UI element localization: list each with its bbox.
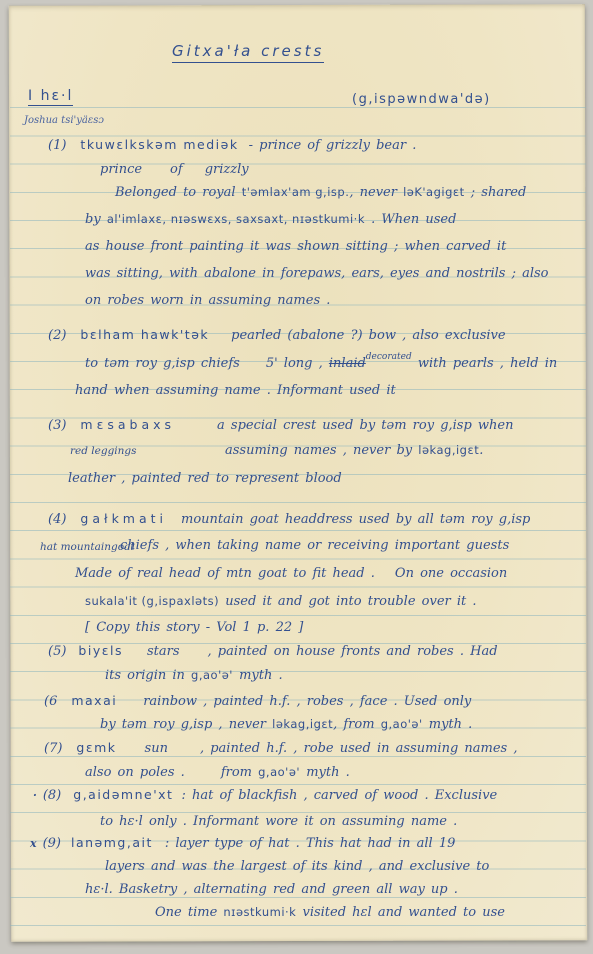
text-segment: nɪəstkumi·k <box>223 905 296 919</box>
entry-9-body-line-2: hɛ·l. Basketry , alternating red and gre… <box>85 879 458 899</box>
text-segment: tkuwɛlkskəm mediək <box>80 137 238 152</box>
entry-1-gloss-line: princeofgrizzly <box>100 159 249 179</box>
text-segment: with pearls , held in <box>412 356 558 371</box>
text-segment: a special crest used by təm roy g,isp wh… <box>217 418 513 433</box>
text-segment: myth . <box>423 717 473 732</box>
text-segment: assuming names , never by <box>225 443 418 458</box>
text-segment: On one occasion <box>395 566 507 581</box>
entry-1-body-line-4: was sitting, with abalone in forepaws, e… <box>85 263 549 283</box>
entry-2-headword-line: (2)bɛlham hawk'təkpearled (abalone ?) bo… <box>48 325 506 345</box>
entry-5-headword-line: (5)biyɛlsstars, painted on house fronts … <box>48 641 498 661</box>
text-segment: , from <box>333 717 381 732</box>
text-segment: on robes worn in assuming names . <box>85 293 330 308</box>
entry-3-body-line-2: leather , painted red to represent blood <box>68 468 342 488</box>
text-segment: lanəmg,ait <box>71 835 153 850</box>
entry-8-body-line-1: to hɛ·l only . Informant wore it on assu… <box>100 811 457 831</box>
text-segment: hand when assuming name . Informant used… <box>75 383 396 398</box>
text-segment: g,ao'ə' <box>258 765 300 779</box>
text-segment: (2) <box>48 328 66 343</box>
entry-1-body-line-3: as house front painting it was shown sit… <box>85 236 506 256</box>
text-segment: its origin in <box>105 668 191 683</box>
text-segment: (7) <box>44 741 62 756</box>
text-segment: 5' long , <box>266 356 329 371</box>
text-segment: rainbow , painted h.f. , robes , face . … <box>143 694 471 709</box>
text-segment: x <box>30 837 37 850</box>
text-segment: myth . <box>233 668 283 683</box>
text-segment: (8) <box>43 788 61 803</box>
text-segment: - prince of grizzly bear . <box>249 138 417 153</box>
text-segment: sun <box>145 741 168 756</box>
text-segment: myth . <box>300 765 350 780</box>
entry-5-body-line-1: its origin in g,ao'ə' myth . <box>105 665 283 685</box>
text-segment: , painted h.f. , robe used in assuming n… <box>200 741 518 756</box>
text-segment: red leggings <box>70 445 137 457</box>
text-segment: was sitting, with abalone in forepaws, e… <box>85 266 549 281</box>
text-segment: . <box>479 443 483 458</box>
text-segment: grizzly <box>205 162 249 177</box>
entry-7-body-line-1: also on poles .from g,ao'ə' myth . <box>85 762 350 782</box>
text-segment: Belonged to royal <box>115 185 242 200</box>
text-segment: ; shared <box>465 185 527 200</box>
text-segment: . When used <box>365 212 456 227</box>
text-segment: g,ao'ə' <box>381 717 423 731</box>
section-heading-hel: I hɛ·l <box>28 88 73 106</box>
text-segment: gałkmati <box>80 511 167 526</box>
text-segment: (5) <box>48 644 66 659</box>
text-segment: [ Copy this story - Vol 1 p. 22 ] <box>85 620 303 635</box>
text-segment: mountain goat headdress used by all təm … <box>181 512 530 527</box>
entry-4-body-line-1: chiefs , when taking name or receiving i… <box>120 535 509 555</box>
informant-annotation: Joshua tsi'yäɛsɔ <box>24 115 104 126</box>
text-segment: stars <box>147 644 180 659</box>
text-layer: Gitxa'ła crests I hɛ·l (g,ispəwndwa'də) … <box>0 0 593 954</box>
text-segment: by təm roy g,isp , never <box>100 717 272 732</box>
entry-1-body-line-5: on robes worn in assuming names . <box>85 290 330 310</box>
text-segment: bɛlham hawk'tək <box>80 327 209 342</box>
entry-2-body-line-2: hand when assuming name . Informant used… <box>75 380 396 400</box>
entry-6-headword-line: (6maxairainbow , painted h.f. , robes , … <box>44 691 471 711</box>
entry-4-note-line: [ Copy this story - Vol 1 p. 22 ] <box>85 617 303 637</box>
text-segment: pearled (abalone ?) bow , also exclusive <box>231 328 505 343</box>
text-segment: sukala'it (g,ispaxləts) <box>85 594 219 608</box>
entry-6-body-line-1: by təm roy g,isp , never ləkag,igɛt, fro… <box>100 714 472 734</box>
text-segment: (3) <box>48 418 66 433</box>
text-segment: t'əmlax'am g,isp. <box>242 185 350 199</box>
text-segment: visited hɛl and wanted to use <box>296 905 505 920</box>
entry-9-headword-line: x(9)lanəmg,ait: layer type of hat . This… <box>30 833 455 853</box>
text-segment: by <box>85 212 107 227</box>
entry-8-headword-line: ·(8)g,aidəmne'xt: hat of blackfish , car… <box>33 785 497 805</box>
entry-9-body-line-3: One time nɪəstkumi·k visited hɛl and wan… <box>155 902 505 922</box>
text-segment: : hat of blackfish , carved of wood . Ex… <box>181 788 497 803</box>
entry-3-gloss-line: red leggings <box>70 440 137 460</box>
text-segment: mɛsabaxs <box>80 417 175 432</box>
text-segment: , never <box>349 185 403 200</box>
entry-2-body-line-1: to təm roy g,isp chiefs5' long , inlaidd… <box>85 353 557 374</box>
text-segment: (6 <box>44 694 57 709</box>
text-segment: ləkag,igɛt <box>272 717 333 731</box>
page-title: Gitxa'ła crests <box>172 42 324 63</box>
text-segment: hɛ·l. Basketry , alternating red and gre… <box>85 882 458 897</box>
text-segment: from <box>221 765 258 780</box>
entry-4-headword-line: (4)gałkmatimountain goat headdress used … <box>48 509 530 529</box>
text-segment: (1) <box>48 138 66 153</box>
entry-1-headword-line: (1)tkuwɛlkskəm mediək- prince of grizzly… <box>48 135 416 155</box>
text-segment: maxai <box>71 693 117 708</box>
entry-1-body-line-1: Belonged to royal t'əmlax'am g,isp., nev… <box>115 182 526 202</box>
text-segment: (4) <box>48 512 66 527</box>
text-segment: biyɛls <box>78 643 123 658</box>
text-segment: ləK'agigɛt <box>403 185 465 199</box>
text-segment: ləkag,igɛt <box>418 443 479 457</box>
text-segment: gɛmk <box>76 740 116 755</box>
text-segment: (9) <box>43 836 61 851</box>
entry-3-headword-line: (3)mɛsabaxsa special crest used by təm r… <box>48 415 514 435</box>
text-segment: used it and got into trouble over it . <box>219 594 476 609</box>
entry-3-body-line-1: assuming names , never by ləkag,igɛt. <box>225 440 483 460</box>
entry-9-body-line-1: layers and was the largest of its kind ,… <box>105 856 489 876</box>
text-segment: decorated <box>366 352 412 362</box>
text-segment: : layer type of hat . This hat had in al… <box>165 836 456 851</box>
text-segment: layers and was the largest of its kind ,… <box>105 859 489 874</box>
text-segment: leather , painted red to represent blood <box>68 471 342 486</box>
text-segment: One time <box>155 905 223 920</box>
text-segment: also on poles . <box>85 765 185 780</box>
entry-1-body-line-2: by al'imlaxɛ, nɪəswɛxs, saxsaxt, nɪəstku… <box>85 209 456 229</box>
text-segment: of <box>170 162 183 177</box>
text-segment: inlaid <box>329 356 366 371</box>
text-segment: g,aidəmne'xt <box>73 787 173 802</box>
text-segment: · <box>33 789 37 802</box>
text-segment: chiefs , when taking name or receiving i… <box>120 538 509 553</box>
text-segment: g,ao'ə' <box>191 668 233 682</box>
text-segment: prince <box>100 162 142 177</box>
text-segment: Made of real head of mtn goat to fit hea… <box>75 566 375 581</box>
entry-4-body-line-2: Made of real head of mtn goat to fit hea… <box>75 563 507 583</box>
text-segment: , painted on house fronts and robes . Ha… <box>208 644 498 659</box>
entry-4-body-line-3: sukala'it (g,ispaxləts) used it and got … <box>85 591 477 611</box>
text-segment: to hɛ·l only . Informant wore it on assu… <box>100 814 457 829</box>
entry-7-headword-line: (7)gɛmksun, painted h.f. , robe used in … <box>44 738 517 758</box>
text-segment: to təm roy g,isp chiefs <box>85 356 240 371</box>
phonetic-gloss-right: (g,ispəwndwa'də) <box>352 92 491 107</box>
text-segment: al'imlaxɛ, nɪəswɛxs, saxsaxt, nɪəstkumi·… <box>107 212 365 226</box>
text-segment: as house front painting it was shown sit… <box>85 239 506 254</box>
